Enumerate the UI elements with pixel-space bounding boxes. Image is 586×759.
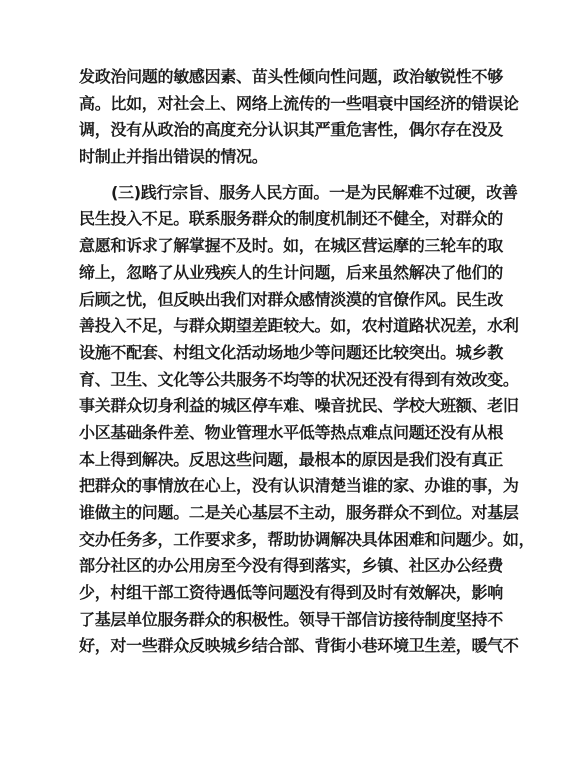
text-line: 民生投入不足。联系服务群众的制度机制还不健全，对群众的: [79, 206, 505, 233]
text-line: 善投入不足，与群众期望差距较大。如，农村道路状况差，水利: [79, 313, 505, 340]
paragraph-section-three: (三)践行宗旨、服务人民方面。一是为民解难不过硬，改善 民生投入不足。联系服务群…: [79, 180, 505, 660]
text-line: 设施不配套、村组文化活动场地少等问题还比较突出。城乡教: [79, 340, 505, 367]
text-line: 谁做主的问题。二是关心基层不主动，服务群众不到位。对基层: [79, 500, 505, 527]
text-line: 时制止并指出错误的情况。: [79, 144, 505, 171]
text-line: 发政治问题的敏感因素、苗头性倾向性问题，政治敏锐性不够: [79, 64, 505, 91]
text-line: 意愿和诉求了解掌握不及时。如，在城区营运摩的三轮车的取: [79, 233, 505, 260]
text-line: 缔上，忽略了从业残疾人的生计问题，后来虽然解决了他们的: [79, 260, 505, 287]
text-block: 发政治问题的敏感因素、苗头性倾向性问题，政治敏锐性不够 高。比如，对社会上、网络…: [79, 64, 505, 660]
text-line: 调，没有从政治的高度充分认识其严重危害性，偶尔存在没及: [79, 117, 505, 144]
text-line: 交办任务多，工作要求多，帮助协调解决具体困难和问题少。如，: [79, 527, 505, 554]
document-page: 发政治问题的敏感因素、苗头性倾向性问题，政治敏锐性不够 高。比如，对社会上、网络…: [0, 0, 586, 759]
text-line: 育、卫生、文化等公共服务不均等的状况还没有得到有效改变。: [79, 367, 505, 394]
text-line: 后顾之忧，但反映出我们对群众感情淡漠的官僚作风。民生改: [79, 287, 505, 314]
text-line: 事关群众切身利益的城区停车难、噪音扰民、学校大班额、老旧: [79, 393, 505, 420]
text-line: 了基层单位服务群众的积极性。领导干部信访接待制度坚持不: [79, 607, 505, 634]
text-line: 本上得到解决。反思这些问题，最根本的原因是我们没有真正: [79, 447, 505, 474]
text-line: 少，村组干部工资待遇低等问题没有得到及时有效解决，影响: [79, 580, 505, 607]
text-line: 高。比如，对社会上、网络上流传的一些唱衰中国经济的错误论: [79, 91, 505, 118]
text-line: 好，对一些群众反映城乡结合部、背街小巷环境卫生差，暖气不: [79, 633, 505, 660]
text-line: (三)践行宗旨、服务人民方面。一是为民解难不过硬，改善: [79, 180, 505, 207]
text-line: 部分社区的办公用房至今没有得到落实，乡镇、社区办公经费: [79, 553, 505, 580]
text-line: 小区基础条件差、物业管理水平低等热点难点问题还没有从根: [79, 420, 505, 447]
text-line: 把群众的事情放在心上，没有认识清楚当谁的家、办谁的事，为: [79, 473, 505, 500]
paragraph-continuation: 发政治问题的敏感因素、苗头性倾向性问题，政治敏锐性不够 高。比如，对社会上、网络…: [79, 64, 505, 171]
